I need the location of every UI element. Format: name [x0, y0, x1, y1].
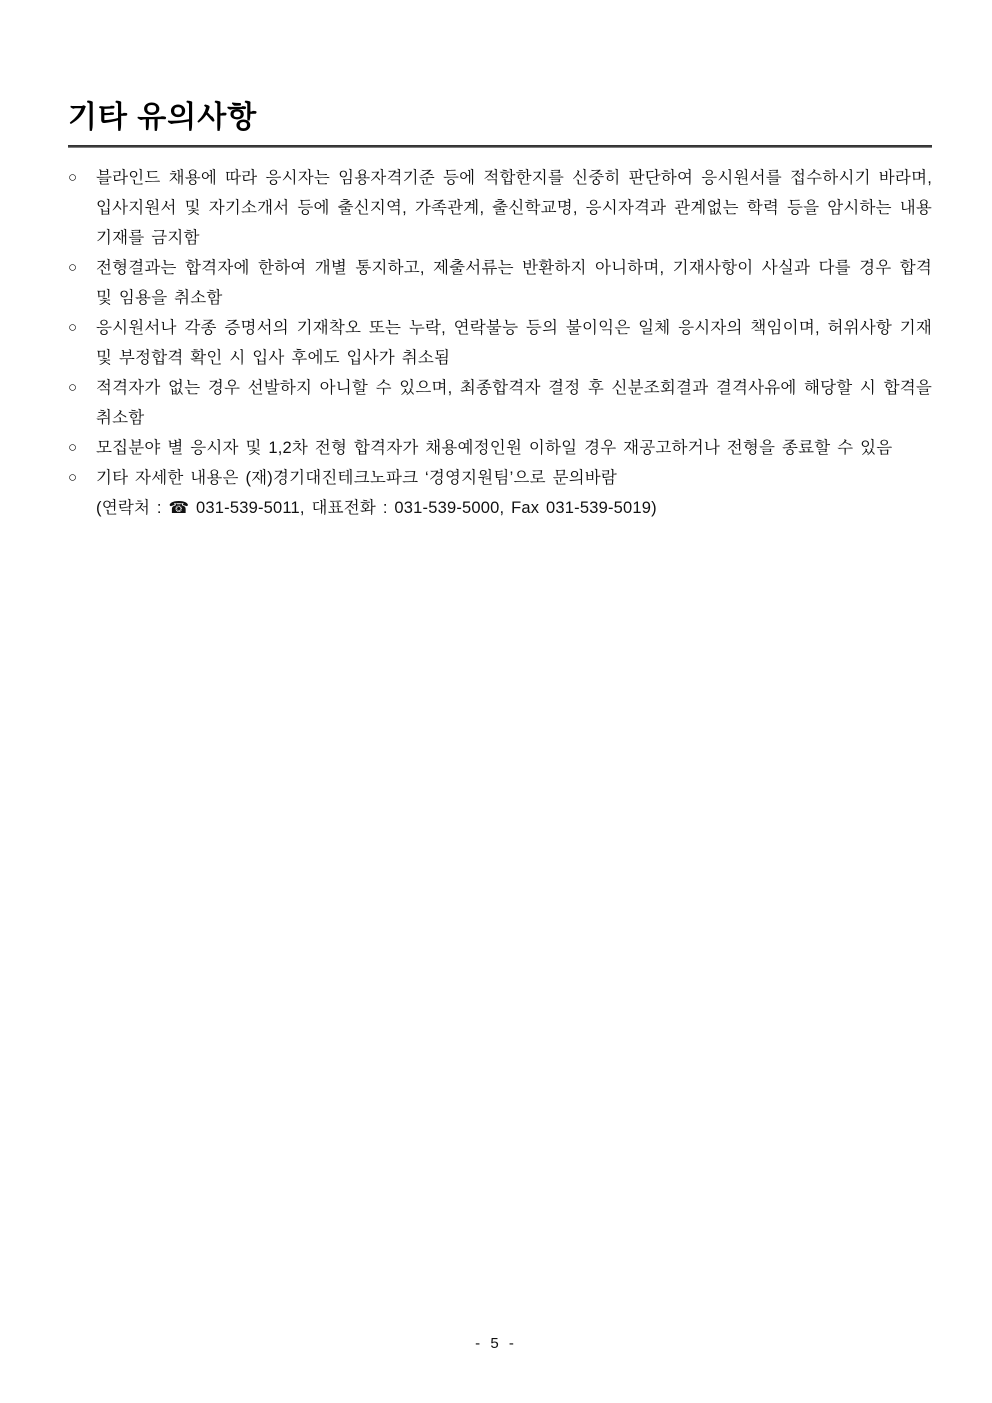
notice-section: 기타 유의사항 ○ 블라인드 채용에 따라 응시자는 임용자격기준 등에 적합한… [68, 100, 932, 523]
notice-text-container: 적격자가 없는 경우 선발하지 아니할 수 있으며, 최종합격자 결정 후 신분… [96, 373, 932, 433]
notice-text: 블라인드 채용에 따라 응시자는 임용자격기준 등에 적합한지를 신중히 판단하… [96, 163, 932, 253]
notice-text-container: 블라인드 채용에 따라 응시자는 임용자격기준 등에 적합한지를 신중히 판단하… [96, 163, 932, 253]
circle-bullet-icon: ○ [68, 253, 96, 283]
notice-text-container: 기타 자세한 내용은 (재)경기대진테크노파크 ‘경영지원팀’으로 문의바람 (… [96, 463, 932, 523]
circle-bullet-icon: ○ [68, 163, 96, 193]
list-item: ○ 적격자가 없는 경우 선발하지 아니할 수 있으며, 최종합격자 결정 후 … [68, 373, 932, 433]
list-item: ○ 기타 자세한 내용은 (재)경기대진테크노파크 ‘경영지원팀’으로 문의바람… [68, 463, 932, 523]
notice-list: ○ 블라인드 채용에 따라 응시자는 임용자격기준 등에 적합한지를 신중히 판… [68, 163, 932, 523]
notice-text: 응시원서나 각종 증명서의 기재착오 또는 누락, 연락불능 등의 불이익은 일… [96, 313, 932, 373]
circle-bullet-icon: ○ [68, 463, 96, 493]
notice-text: 기타 자세한 내용은 (재)경기대진테크노파크 ‘경영지원팀’으로 문의바람 [96, 463, 932, 493]
circle-bullet-icon: ○ [68, 313, 96, 343]
contact-info-text: (연락처 : ☎ 031-539-5011, 대표전화 : 031-539-50… [96, 493, 932, 523]
notice-text-container: 모집분야 별 응시자 및 1,2차 전형 합격자가 채용예정인원 이하일 경우 … [96, 433, 932, 463]
notice-text: 전형결과는 합격자에 한하여 개별 통지하고, 제출서류는 반환하지 아니하며,… [96, 253, 932, 313]
section-title: 기타 유의사항 [68, 100, 932, 136]
list-item: ○ 블라인드 채용에 따라 응시자는 임용자격기준 등에 적합한지를 신중히 판… [68, 163, 932, 253]
circle-bullet-icon: ○ [68, 433, 96, 463]
document-page: 기타 유의사항 ○ 블라인드 채용에 따라 응시자는 임용자격기준 등에 적합한… [0, 0, 992, 1403]
notice-text-container: 응시원서나 각종 증명서의 기재착오 또는 누락, 연락불능 등의 불이익은 일… [96, 313, 932, 373]
notice-text: 모집분야 별 응시자 및 1,2차 전형 합격자가 채용예정인원 이하일 경우 … [96, 433, 932, 463]
list-item: ○ 전형결과는 합격자에 한하여 개별 통지하고, 제출서류는 반환하지 아니하… [68, 253, 932, 313]
page-number: - 5 - [0, 1335, 992, 1352]
notice-text-container: 전형결과는 합격자에 한하여 개별 통지하고, 제출서류는 반환하지 아니하며,… [96, 253, 932, 313]
title-underline [68, 145, 932, 148]
notice-text: 적격자가 없는 경우 선발하지 아니할 수 있으며, 최종합격자 결정 후 신분… [96, 373, 932, 433]
circle-bullet-icon: ○ [68, 373, 96, 403]
list-item: ○ 응시원서나 각종 증명서의 기재착오 또는 누락, 연락불능 등의 불이익은… [68, 313, 932, 373]
list-item: ○ 모집분야 별 응시자 및 1,2차 전형 합격자가 채용예정인원 이하일 경… [68, 433, 932, 463]
